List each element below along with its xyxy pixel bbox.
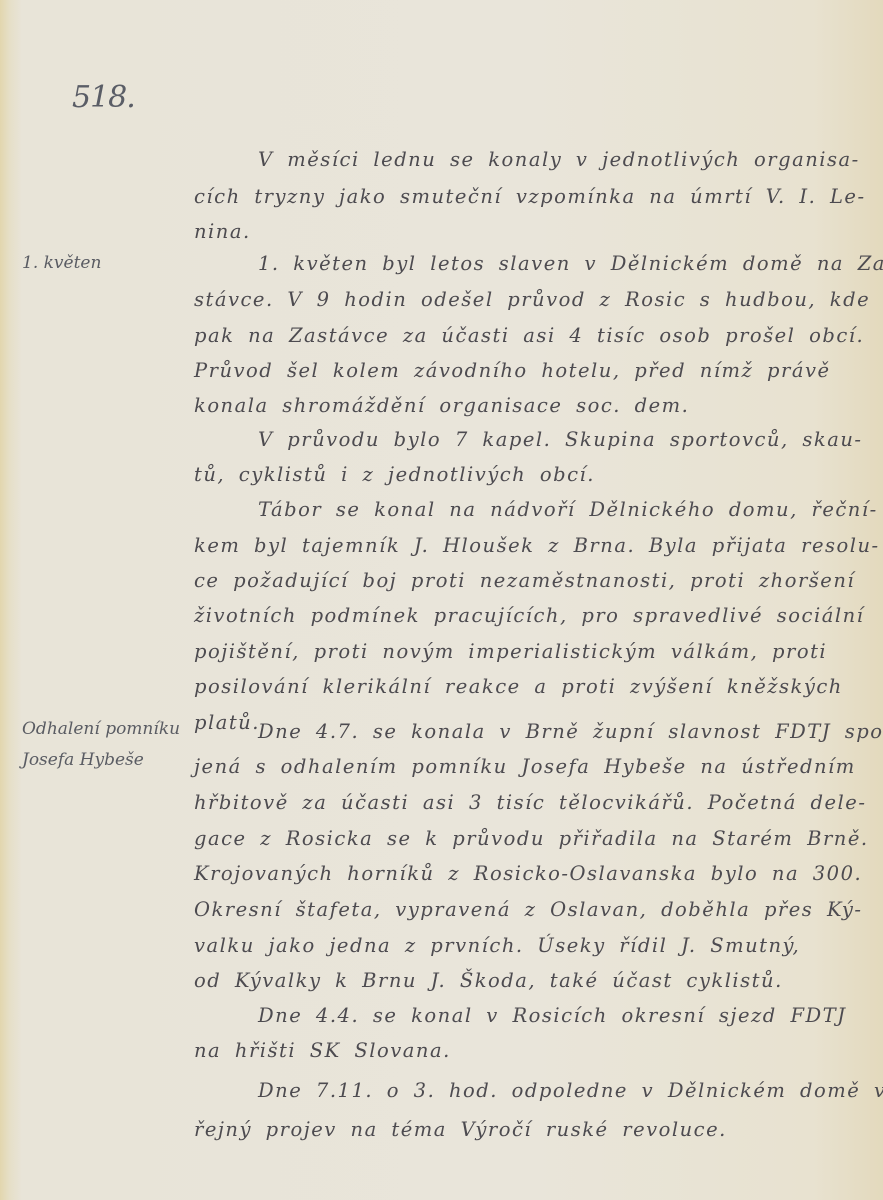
text-line: Tábor se konal na nádvoří Dělnického dom… (258, 498, 878, 521)
text-line: pak na Zastávce za účasti asi 4 tisíc os… (194, 324, 864, 347)
margin-note-line: 1. květen (22, 250, 101, 276)
text-line: V průvodu bylo 7 kapel. Skupina sportovc… (258, 428, 862, 451)
text-line: posilování klerikální reakce a proti zvý… (194, 675, 843, 698)
text-line: V měsíci lednu se konaly v jednotlivých … (258, 148, 860, 171)
text-line: hřbitově za účasti asi 3 tisíc tělocviká… (194, 791, 866, 814)
margin-note-line: Odhalení pomníku (22, 716, 180, 742)
text-line: životních podmínek pracujících, pro spra… (194, 604, 864, 627)
margin-note-line: Josefa Hybeše (22, 747, 180, 773)
text-line: tů, cyklistů i z jednotlivých obcí. (194, 463, 595, 486)
manuscript-page: 518. 1. květen Odhalení pomníku Josefa H… (0, 0, 883, 1200)
text-line: Okresní štafeta, vypravená z Oslavan, do… (194, 898, 862, 921)
text-line: stávce. V 9 hodin odešel průvod z Rosic … (194, 288, 870, 311)
margin-note-may-day: 1. květen (22, 250, 101, 276)
text-line: Dne 4.4. se konal v Rosicích okresní sje… (258, 1004, 846, 1027)
text-line: platů. (194, 711, 260, 734)
text-line: kem byl tajemník J. Hloušek z Brna. Byla… (194, 534, 880, 557)
text-line: ce požadující boj proti nezaměstnanosti,… (194, 569, 855, 592)
margin-note-hybes-monument: Odhalení pomníku Josefa Hybeše (22, 716, 180, 773)
text-line: konala shromáždění organisace soc. dem. (194, 394, 689, 417)
text-line: Krojovaných horníků z Rosicko-Oslavanska… (194, 862, 862, 885)
text-line: Dne 4.7. se konala v Brně župní slavnost… (258, 720, 883, 743)
text-line: gace z Rosicka se k průvodu přiřadila na… (194, 827, 869, 850)
text-line: Průvod šel kolem závodního hotelu, před … (194, 359, 831, 382)
text-line: 1. květen byl letos slaven v Dělnickém d… (258, 252, 883, 275)
page-number: 518. (72, 80, 135, 115)
text-line: jená s odhalením pomníku Josefa Hybeše n… (194, 755, 856, 778)
text-line: od Kývalky k Brnu J. Škoda, také účast c… (194, 969, 783, 992)
text-line: nina. (194, 220, 251, 243)
text-line: pojištění, proti novým imperialistickým … (194, 640, 827, 663)
text-line: valku jako jedna z prvních. Úseky řídil … (194, 934, 800, 957)
text-line: na hřišti SK Slovana. (194, 1039, 451, 1062)
text-line: cích tryzny jako smuteční vzpomínka na ú… (194, 185, 866, 208)
text-line: Dne 7.11. o 3. hod. odpoledne v Dělnické… (258, 1079, 883, 1102)
text-line: řejný projev na téma Výročí ruské revolu… (194, 1118, 727, 1141)
